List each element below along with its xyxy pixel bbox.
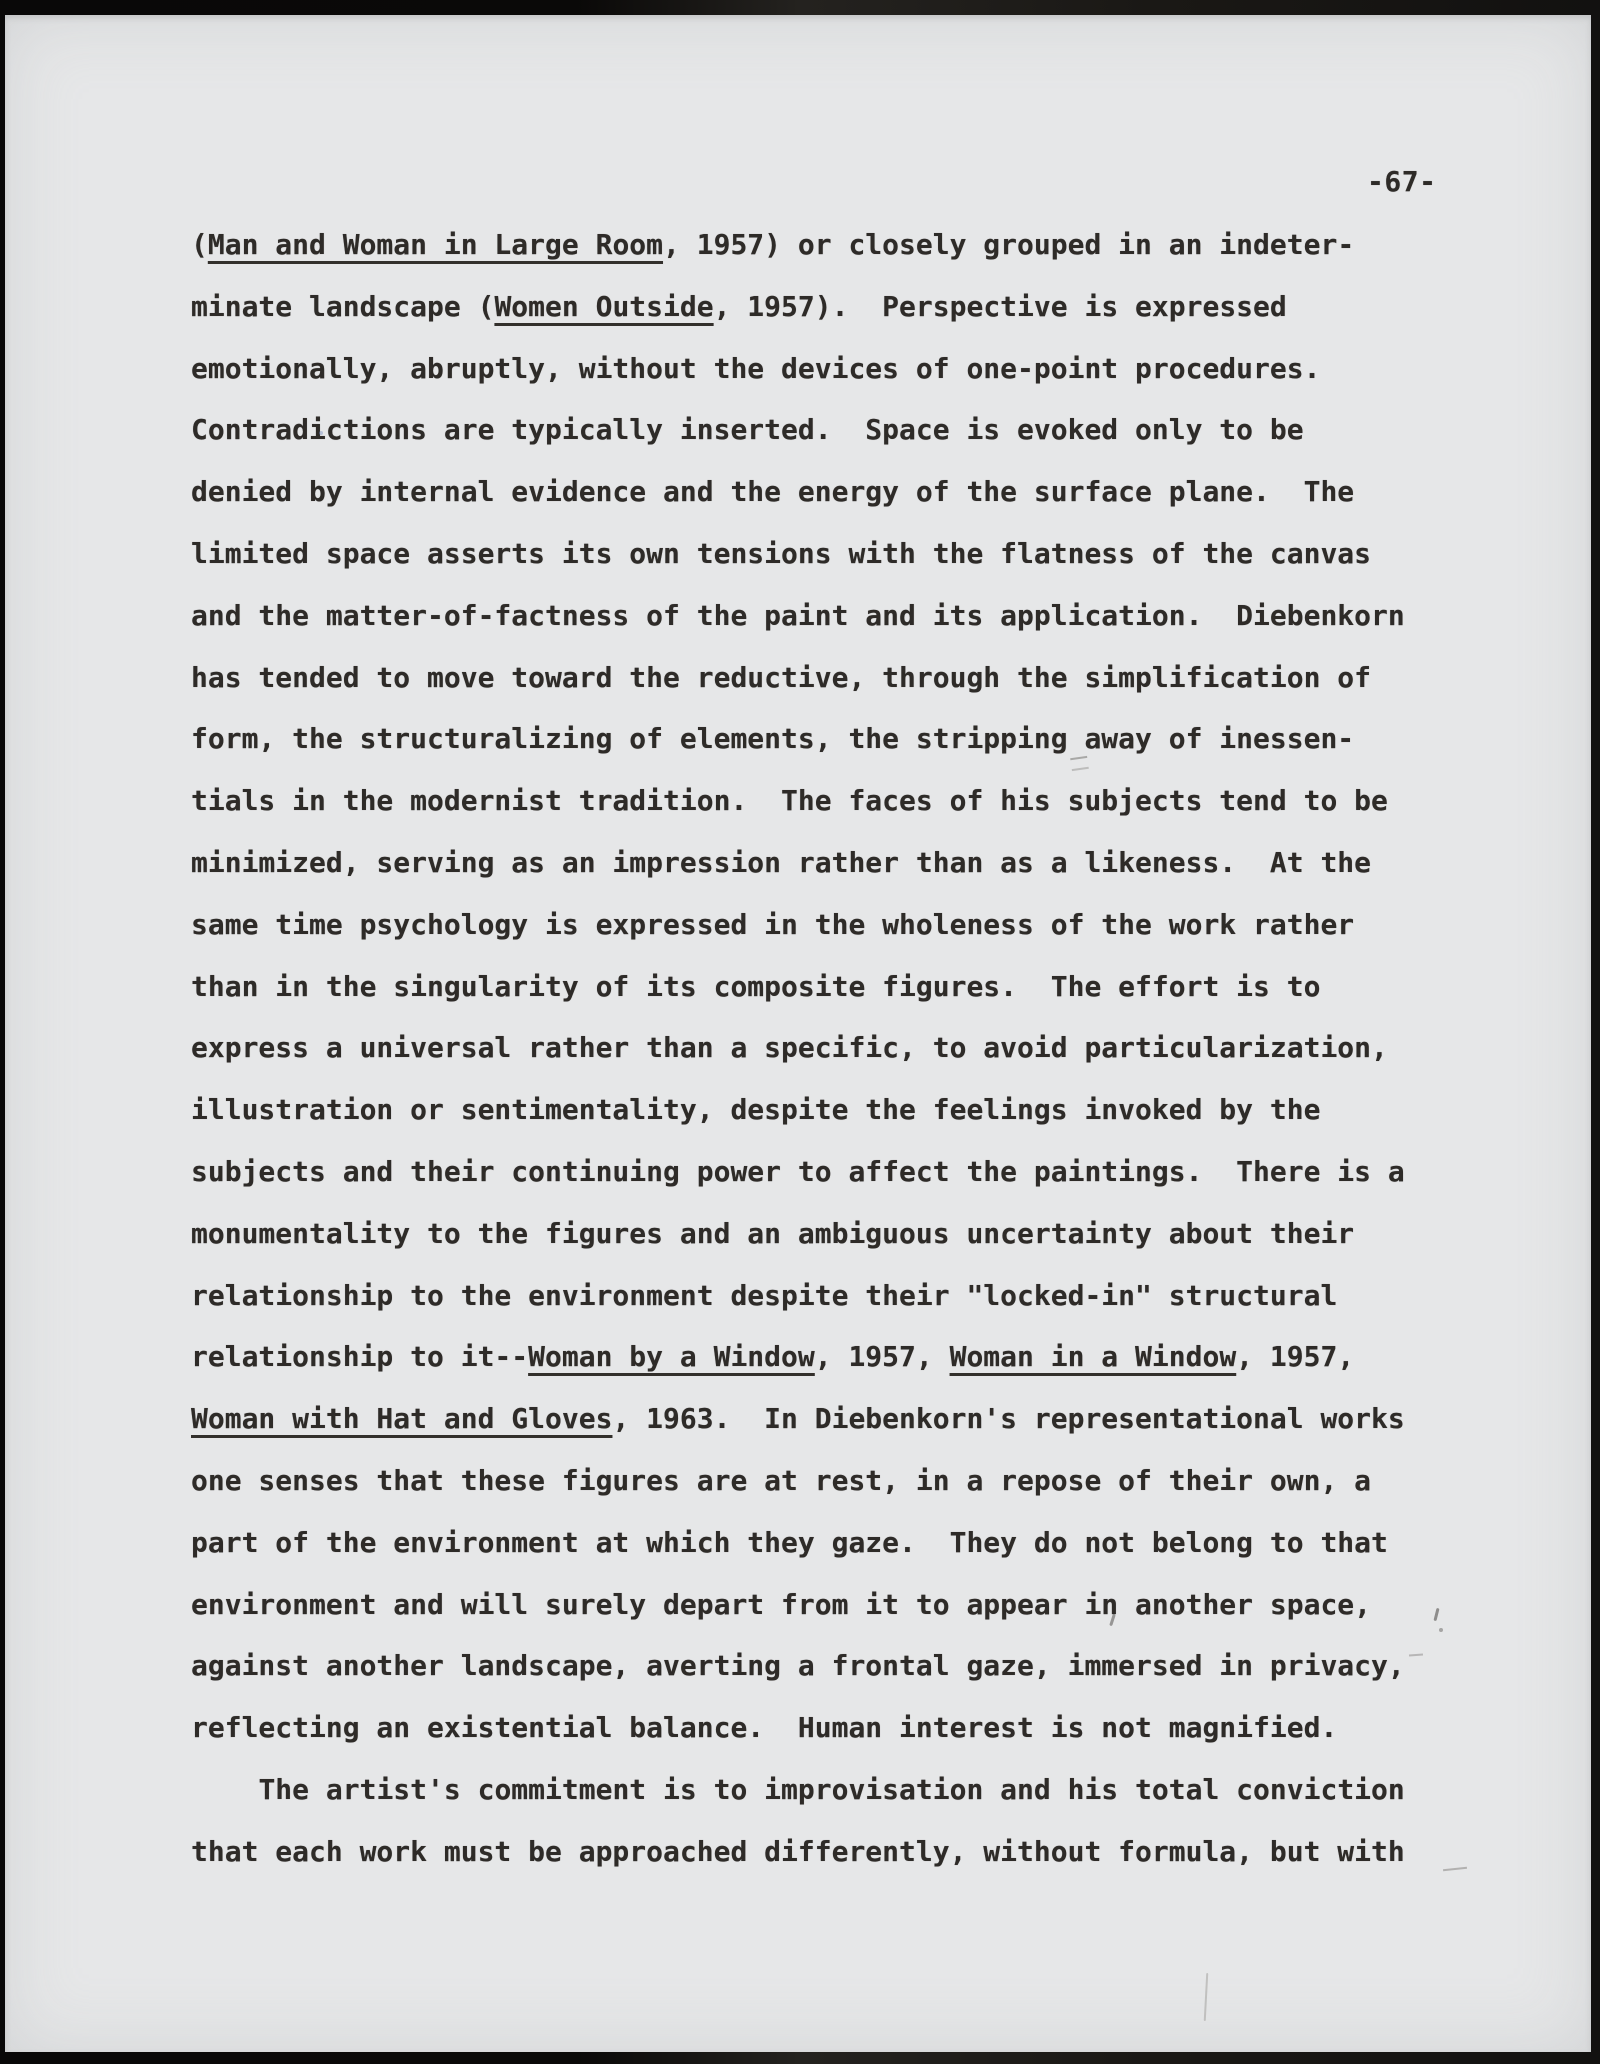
underlined-title: Woman in a Window bbox=[950, 1340, 1237, 1373]
underlined-title: Man and Woman in Large Room bbox=[208, 228, 663, 261]
text-line: one senses that these figures are at res… bbox=[191, 1450, 1591, 1512]
underlined-title: Woman by a Window bbox=[528, 1340, 815, 1373]
text-segment: one senses that these figures are at res… bbox=[191, 1464, 1371, 1497]
text-line: (Man and Woman in Large Room, 1957) or c… bbox=[191, 214, 1591, 276]
text-line: Woman with Hat and Gloves, 1963. In Dieb… bbox=[191, 1388, 1591, 1450]
text-segment: , 1957) or closely grouped in an indeter… bbox=[663, 228, 1354, 261]
text-line: has tended to move toward the reductive,… bbox=[191, 647, 1591, 709]
text-line: illustration or sentimentality, despite … bbox=[191, 1079, 1591, 1141]
text-segment: than in the singularity of its composite… bbox=[191, 970, 1320, 1003]
text-segment: , 1957, bbox=[1236, 1340, 1354, 1373]
underlined-title: Women Outside bbox=[494, 290, 713, 323]
text-segment: tials in the modernist tradition. The fa… bbox=[191, 784, 1388, 817]
text-line: part of the environment at which they ga… bbox=[191, 1512, 1591, 1574]
text-segment: limited space asserts its own tensions w… bbox=[191, 537, 1371, 570]
text-segment: express a universal rather than a specif… bbox=[191, 1031, 1388, 1064]
text-segment: part of the environment at which they ga… bbox=[191, 1526, 1388, 1559]
text-line: and the matter-of-factness of the paint … bbox=[191, 585, 1591, 647]
text-segment: The artist's commitment is to improvisat… bbox=[191, 1773, 1405, 1806]
text-line: subjects and their continuing power to a… bbox=[191, 1141, 1591, 1203]
text-segment: minate landscape ( bbox=[191, 290, 494, 323]
text-segment: , 1957, bbox=[815, 1340, 950, 1373]
text-segment: denied by internal evidence and the ener… bbox=[191, 475, 1354, 508]
text-line: relationship to the environment despite … bbox=[191, 1265, 1591, 1327]
scanned-paper-page: -67- (Man and Woman in Large Room, 1957)… bbox=[5, 15, 1591, 2052]
text-segment: relationship to the environment despite … bbox=[191, 1279, 1337, 1312]
text-segment: against another landscape, averting a fr… bbox=[191, 1649, 1405, 1682]
text-line: express a universal rather than a specif… bbox=[191, 1017, 1591, 1079]
text-line: monumentality to the figures and an ambi… bbox=[191, 1203, 1591, 1265]
text-segment: monumentality to the figures and an ambi… bbox=[191, 1217, 1354, 1250]
text-segment: , 1963. In Diebenkorn's representational… bbox=[612, 1402, 1404, 1435]
text-line: that each work must be approached differ… bbox=[191, 1821, 1591, 1883]
text-segment: minimized, serving as an impression rath… bbox=[191, 846, 1371, 879]
text-line: relationship to it--Woman by a Window, 1… bbox=[191, 1326, 1591, 1388]
text-segment: same time psychology is expressed in the… bbox=[191, 908, 1354, 941]
text-line: The artist's commitment is to improvisat… bbox=[191, 1759, 1591, 1821]
text-segment: and the matter-of-factness of the paint … bbox=[191, 599, 1405, 632]
text-line: environment and will surely depart from … bbox=[191, 1574, 1591, 1636]
text-segment: environment and will surely depart from … bbox=[191, 1588, 1371, 1621]
text-segment: subjects and their continuing power to a… bbox=[191, 1155, 1405, 1188]
text-segment: relationship to it-- bbox=[191, 1340, 528, 1373]
text-segment: that each work must be approached differ… bbox=[191, 1835, 1405, 1868]
text-segment: Contradictions are typically inserted. S… bbox=[191, 413, 1304, 446]
text-segment: form, the structuralizing of elements, t… bbox=[191, 722, 1354, 755]
text-line: tials in the modernist tradition. The fa… bbox=[191, 770, 1591, 832]
text-line: Contradictions are typically inserted. S… bbox=[191, 399, 1591, 461]
scan-artifact bbox=[1204, 1973, 1209, 2021]
text-segment: ( bbox=[191, 228, 208, 261]
text-line: minate landscape (Women Outside, 1957). … bbox=[191, 276, 1591, 338]
text-line: against another landscape, averting a fr… bbox=[191, 1635, 1591, 1697]
page-number: -67- bbox=[1367, 166, 1436, 198]
typewritten-body-text: (Man and Woman in Large Room, 1957) or c… bbox=[191, 214, 1591, 1883]
text-line: emotionally, abruptly, without the devic… bbox=[191, 338, 1591, 400]
text-segment: emotionally, abruptly, without the devic… bbox=[191, 352, 1320, 385]
text-segment: reflecting an existential balance. Human… bbox=[191, 1711, 1337, 1744]
text-line: minimized, serving as an impression rath… bbox=[191, 832, 1591, 894]
text-line: than in the singularity of its composite… bbox=[191, 956, 1591, 1018]
text-line: form, the structuralizing of elements, t… bbox=[191, 708, 1591, 770]
text-line: same time psychology is expressed in the… bbox=[191, 894, 1591, 956]
underlined-title: Woman with Hat and Gloves bbox=[191, 1402, 612, 1435]
text-segment: has tended to move toward the reductive,… bbox=[191, 661, 1371, 694]
text-line: reflecting an existential balance. Human… bbox=[191, 1697, 1591, 1759]
text-segment: illustration or sentimentality, despite … bbox=[191, 1093, 1320, 1126]
text-segment: , 1957). Perspective is expressed bbox=[714, 290, 1287, 323]
text-line: denied by internal evidence and the ener… bbox=[191, 461, 1591, 523]
text-line: limited space asserts its own tensions w… bbox=[191, 523, 1591, 585]
